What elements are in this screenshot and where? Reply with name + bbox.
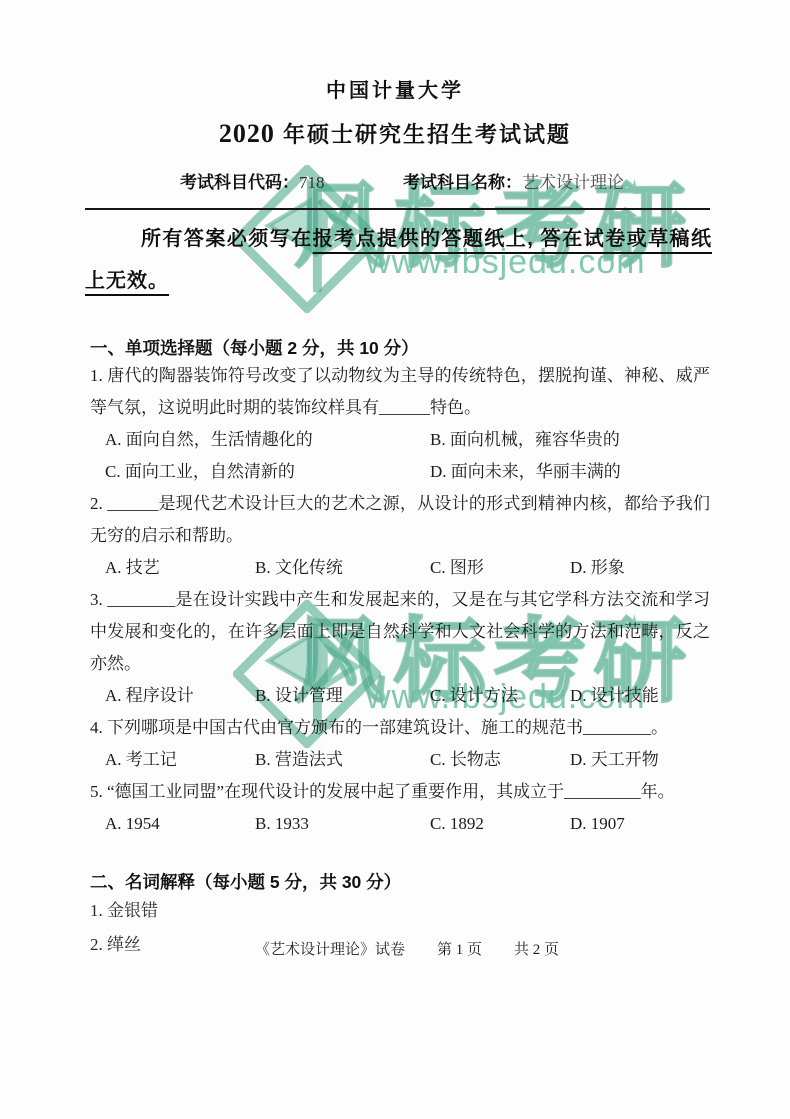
page-footer: 《艺术设计理论》试卷 第 1 页 共 2 页 [255, 940, 559, 960]
option: C. 图形 [430, 552, 570, 584]
subject-code-value: 718 [299, 173, 325, 192]
option: D. 面向未来，华丽丰满的 [430, 456, 730, 488]
question-text: 1. 唐代的陶器装饰符号改变了以动物纹为主导的传统特色，摆脱拘谨、神秘、威严等气… [90, 360, 710, 424]
footer-page-total: 共 2 页 [514, 940, 559, 960]
exam-title: 2020 年硕士研究生招生考试试题 [0, 121, 790, 148]
question-text: 3. ________是在设计实践中产生和发展起来的，又是在与其它学科方法交流和… [90, 584, 710, 680]
option: B. 营造法式 [255, 744, 430, 776]
exam-paper: 中国计量大学 2020 年硕士研究生招生考试试题 考试科目代码：718考试科目名… [0, 0, 790, 1119]
option: D. 天工开物 [570, 744, 730, 776]
question-options: A. 程序设计 B. 设计管理 C. 设计方法 D. 设计技能 [105, 680, 730, 712]
option: B. 文化传统 [255, 552, 430, 584]
notice-lead: 所有答案必须写在 [141, 228, 313, 250]
header-divider [85, 208, 710, 210]
question-options: A. 技艺 B. 文化传统 C. 图形 D. 形象 [105, 552, 730, 584]
option: B. 面向机械，雍容华贵的 [430, 424, 730, 456]
section-1-heading: 一、单项选择题（每小题 2 分，共 10 分） [90, 336, 710, 360]
footer-page-number: 第 1 页 [437, 940, 482, 960]
question-options: A. 面向自然，生活情趣化的 B. 面向机械，雍容华贵的 C. 面向工业，自然清… [105, 424, 730, 488]
option: D. 形象 [570, 552, 730, 584]
subject-code-group: 考试科目代码：718 [180, 172, 403, 193]
exam-year: 2020 [219, 119, 275, 148]
answer-notice: 所有答案必须写在报考点提供的答题纸上, 答在试卷或草稿纸上无效。 [85, 218, 712, 302]
exam-title-text: 年硕士研究生招生考试试题 [283, 122, 571, 147]
option: C. 长物志 [430, 744, 570, 776]
option: C. 设计方法 [430, 680, 570, 712]
question-options: A. 考工记 B. 营造法式 C. 长物志 D. 天工开物 [105, 744, 730, 776]
subject-name-label: 考试科目名称： [403, 173, 522, 192]
option: A. 考工记 [105, 744, 255, 776]
question-text: 4. 下列哪项是中国古代由官方颁布的一部建筑设计、施工的规范书________。 [90, 712, 710, 744]
subject-row: 考试科目代码：718考试科目名称：艺术设计理论 [0, 172, 790, 193]
option: D. 1907 [570, 808, 730, 840]
option: B. 设计管理 [255, 680, 430, 712]
section-2-heading: 二、名词解释（每小题 5 分，共 30 分） [90, 870, 710, 894]
subject-name-value: 艺术设计理论 [522, 173, 624, 192]
option: A. 面向自然，生活情趣化的 [105, 424, 430, 456]
university-title: 中国计量大学 [0, 80, 790, 103]
term-item: 1. 金银错 [90, 894, 710, 928]
option: D. 设计技能 [570, 680, 730, 712]
footer-paper-name: 《艺术设计理论》试卷 [255, 940, 405, 960]
option: A. 技艺 [105, 552, 255, 584]
subject-code-label: 考试科目代码： [180, 173, 299, 192]
option: A. 程序设计 [105, 680, 255, 712]
option: C. 面向工业，自然清新的 [105, 456, 430, 488]
option: A. 1954 [105, 808, 255, 840]
question-text: 2. ______是现代艺术设计巨大的艺术之源，从设计的形式到精神内核，都给予我… [90, 488, 710, 552]
question-options: A. 1954 B. 1933 C. 1892 D. 1907 [105, 808, 730, 840]
subject-name-group: 考试科目名称：艺术设计理论 [403, 173, 624, 192]
question-text: 5. “德国工业同盟”在现代设计的发展中起了重要作用，其成立于_________… [90, 776, 710, 808]
option: C. 1892 [430, 808, 570, 840]
option: B. 1933 [255, 808, 430, 840]
